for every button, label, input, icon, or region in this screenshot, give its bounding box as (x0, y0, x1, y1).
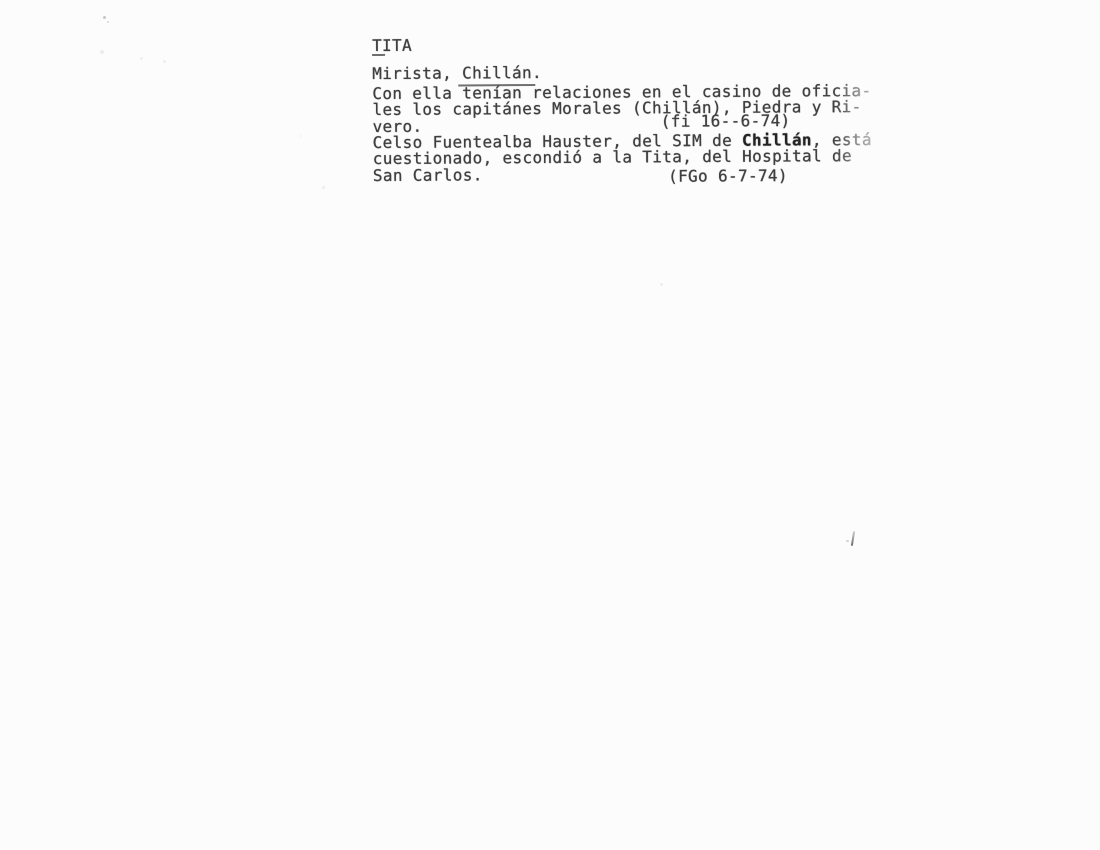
scanned-document-page: TITA Mirista, Chillán. Con ella tenían r… (0, 0, 1100, 850)
scan-speck (107, 21, 109, 23)
pencil-mark-dot (846, 540, 849, 542)
typewritten-text-block: TITA Mirista, Chillán. Con ella tenían r… (372, 35, 878, 184)
source-date-citation: (fi 16--6-74) (661, 113, 791, 130)
text-line-affiliation: Mirista, Chillán. (372, 63, 877, 82)
scan-speck (660, 283, 663, 286)
scan-speck (140, 57, 143, 60)
scan-speck (322, 186, 325, 189)
source-date-citation: (FGo 6-7-74) (668, 168, 788, 185)
entry-title: TITA (372, 35, 877, 54)
text-line-with-date: San Carlos. (FGo 6-7-74) (373, 165, 878, 184)
overlined-word: tenían (462, 85, 522, 102)
text-segment: San Carlos. (373, 167, 483, 184)
scan-speck (103, 16, 106, 19)
text-line: les los capitánes Morales (Chillán), Pie… (372, 99, 877, 118)
entry-title-text: TITA (372, 38, 412, 55)
pencil-mark (851, 531, 855, 546)
scan-speck (300, 135, 302, 137)
scan-speck (163, 60, 166, 63)
scan-speck (100, 50, 104, 54)
